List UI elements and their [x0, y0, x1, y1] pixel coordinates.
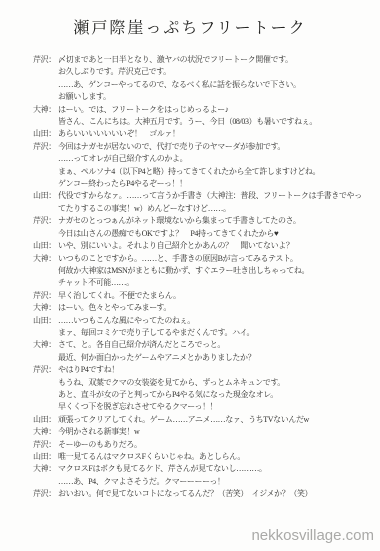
dialogue-line: 今明かされる新事実！w: [58, 426, 372, 438]
utterance-lines: 今回はナガセが居ないので、代打で売り子のヤマーダが参加です。……ってオレが自己紹…: [58, 141, 372, 191]
speaker-name: 芹沢：: [33, 54, 56, 66]
dialogue-line: 頑張ってクリアしてくれ。ゲーム……アニメ……なァ、うちTVないんだw: [58, 414, 372, 426]
utterance-lines: 頑張ってクリアしてくれ。ゲーム……アニメ……なァ、うちTVないんだw: [58, 414, 372, 426]
dialogue-entry: 山田：あらいいいいいいいぞ！ ゴルァ！: [33, 128, 372, 140]
dialogue-entry: 大神：いつものことですから。……と、手書きの原因Bが言ってみるテスト。何故か大神…: [33, 253, 372, 290]
dialogue-entry: 芹沢：ナガセのとっつぁんがネット環境ないから集まって手書きしてたのさ。今日は山さ…: [33, 215, 372, 240]
speaker-name: 芹沢：: [33, 364, 56, 376]
utterance-lines: 〆切まであと一日半となり、激ヤバの状況でフリートーク開催です。お久しぶりです。芹…: [58, 54, 372, 104]
dialogue-line: 皆さん、こんにちは。大神五月です。うー、今日（08/03）も暑いですねぇ。: [58, 116, 372, 128]
speaker-name: 大神：: [33, 339, 56, 351]
dialogue-line: 唯一見てるんはマクロスFくらいじゃね。あとしらん。: [58, 451, 372, 463]
dialogue-line: さて、と。各自自己紹介が済んだところでっと。: [58, 339, 372, 351]
utterance-lines: さて、と。各自自己紹介が済んだところでっと。最近、何か面白かったゲームやアニメと…: [58, 339, 372, 364]
dialogue-entry: 芹沢：今回はナガセが居ないので、代打で売り子のヤマーダが参加です。……ってオレが…: [33, 141, 372, 191]
utterance-lines: いや、別にいいよ。それより自己紹介とかあんの？ 聞いてないよ？: [58, 240, 372, 252]
dialogue-entry: 大神：はーい。色々とやってみまーす。: [33, 302, 372, 314]
dialogue-line: はーい。色々とやってみまーす。: [58, 302, 372, 314]
dialogue-line: まぁ、ペルソナ4（以下P4と略）持ってきてくれたから全て許しますけどね。: [58, 166, 372, 178]
dialogue-entry: 山田：代役ですからなァ。……って言うか手書き（大神注：普段、フリートークは手書き…: [33, 190, 372, 215]
speaker-name: 山田：: [33, 315, 56, 327]
utterance-lines: あらいいいいいいいぞ！ ゴルァ！: [58, 128, 372, 140]
page-title: 瀬戸際崖っぷちフリートーク: [0, 0, 380, 38]
dialogue-entry: 大神：さて、と。各自自己紹介が済んだところでっと。最近、何か面白かったゲームやア…: [33, 339, 372, 364]
speaker-name: 大神：: [33, 426, 56, 438]
speaker-name: 芹沢：: [33, 488, 56, 500]
speaker-name: 山田：: [33, 128, 56, 140]
dialogue-line: ……あ、P4、クマよさそうだ。クマーーーーっ！: [58, 476, 372, 488]
dialogue-entry: 山田：いや、別にいいよ。それより自己紹介とかあんの？ 聞いてないよ？: [33, 240, 372, 252]
utterance-lines: マクロスFはボクも見てるケド、芹さんが見てないし………。……あ、P4、クマよさそ…: [58, 463, 372, 488]
utterance-lines: そーゆーのもありだろ。: [58, 439, 372, 451]
dialogue-line: やはりP4ですね！: [58, 364, 372, 376]
dialogue-entry: 芹沢：そーゆーのもありだろ。: [33, 439, 372, 451]
dialogue-line: 何故か大神家はMSNがまともに動かず、すぐエラー吐き出しちゃってね。: [58, 265, 372, 277]
dialogue-entry: 大神：今明かされる新事実！w: [33, 426, 372, 438]
speaker-name: 大神：: [33, 253, 56, 265]
speaker-name: 大神：: [33, 463, 56, 475]
dialogue-entry: 山田：唯一見てるんはマクロスFくらいじゃね。あとしらん。: [33, 451, 372, 463]
utterance-lines: ナガセのとっつぁんがネット環境ないから集まって手書きしてたのさ。今日は山さんの愚…: [58, 215, 372, 240]
dialogue-line: 今回はナガセが居ないので、代打で売り子のヤマーダが参加です。: [58, 141, 372, 153]
dialogue-line: ……ってオレが自己紹介すんのかよ。: [58, 153, 372, 165]
utterance-lines: はーい。では、フリートークをはっじめっるよー♪皆さん、こんにちは。大神五月です。…: [58, 104, 372, 129]
dialogue-line: ゲンコー終わったらP4やるぞーっ！！: [58, 178, 372, 190]
dialogue-line: はーい。では、フリートークをはっじめっるよー♪: [58, 104, 372, 116]
dialogue-line: てたりするこの事実！w）めんどーなすけど……。: [58, 203, 372, 215]
speaker-name: 大神：: [33, 302, 56, 314]
dialogue-line: もうね、双葉でクマの女装姿を見てから、ずっとムネキュンです。: [58, 377, 372, 389]
dialogue-line: おいおい。何で見てないコトになってるんだ？（苦笑） イジメか？（笑）: [58, 488, 372, 500]
dialogue-entry: 大神：マクロスFはボクも見てるケド、芹さんが見てないし………。……あ、P4、クマ…: [33, 463, 372, 488]
dialogue-line: ……あ、ゲンコーやってるので、なるべく私に話を振らないで下さい。: [58, 79, 372, 91]
watermark-text: nekkosvillage.com: [251, 527, 374, 544]
dialogue-entry: 大神：はーい。では、フリートークをはっじめっるよー♪皆さん、こんにちは。大神五月…: [33, 104, 372, 129]
utterance-lines: 代役ですからなァ。……って言うか手書き（大神注：普段、フリートークは手書きでやっ…: [58, 190, 372, 215]
utterance-lines: はーい。色々とやってみまーす。: [58, 302, 372, 314]
utterance-lines: おいおい。何で見てないコトになってるんだ？（苦笑） イジメか？（笑）: [58, 488, 372, 500]
dialogue-line: 早く治してくれ。不便でたまらん。: [58, 290, 372, 302]
dialogue-line: ……いつもこんな風にやってたのねぇ。: [58, 315, 372, 327]
dialogue-line: あらいいいいいいいぞ！ ゴルァ！: [58, 128, 372, 140]
dialogue-line: お久しぶりです。芹沢克己です。: [58, 66, 372, 78]
speaker-name: 芹沢：: [33, 141, 56, 153]
dialogue-line: まァ、毎回コミケで売り子してるやまだくんです。ハイ。: [58, 327, 372, 339]
dialogue-entry: 芹沢：おいおい。何で見てないコトになってるんだ？（苦笑） イジメか？（笑）: [33, 488, 372, 500]
speaker-name: 山田：: [33, 190, 56, 202]
dialogue-line: チャット不可能……。: [58, 277, 372, 289]
dialogue-entry: 山田：頑張ってクリアしてくれ。ゲーム……アニメ……なァ、うちTVないんだw: [33, 414, 372, 426]
dialogue-line: 早くくつ下を脱ぎ忘れさせてやるクマーっ！！: [58, 401, 372, 413]
dialogue-entry: 芹沢：早く治してくれ。不便でたまらん。: [33, 290, 372, 302]
dialogue-line: お願いします。: [58, 91, 372, 103]
dialogue-line: ナガセのとっつぁんがネット環境ないから集まって手書きしてたのさ。: [58, 215, 372, 227]
dialogue-line: いや、別にいいよ。それより自己紹介とかあんの？ 聞いてないよ？: [58, 240, 372, 252]
dialogue-line: 今日は山さんの愚痴でもOKですよ？ P4持ってきてくれたから♥: [58, 228, 372, 240]
scanned-freetalk-page: 瀬戸際崖っぷちフリートーク 芹沢：〆切まであと一日半となり、激ヤバの状況でフリー…: [0, 0, 380, 551]
speaker-name: 山田：: [33, 240, 56, 252]
speaker-name: 山田：: [33, 451, 56, 463]
dialogue-transcript: 芹沢：〆切まであと一日半となり、激ヤバの状況でフリートーク開催です。お久しぶりで…: [0, 54, 380, 501]
speaker-name: 山田：: [33, 414, 56, 426]
utterance-lines: いつものことですから。……と、手書きの原因Bが言ってみるテスト。何故か大神家はM…: [58, 253, 372, 290]
dialogue-line: あと、直斗が女の子と判ってからP4やる気になった現金なオレ。: [58, 389, 372, 401]
speaker-name: 大神：: [33, 104, 56, 116]
speaker-name: 芹沢：: [33, 290, 56, 302]
utterance-lines: ……いつもこんな風にやってたのねぇ。まァ、毎回コミケで売り子してるやまだくんです…: [58, 315, 372, 340]
dialogue-line: 最近、何か面白かったゲームやアニメとかありましたか？: [58, 352, 372, 364]
utterance-lines: やはりP4ですね！もうね、双葉でクマの女装姿を見てから、ずっとムネキュンです。あ…: [58, 364, 372, 414]
utterance-lines: 早く治してくれ。不便でたまらん。: [58, 290, 372, 302]
utterance-lines: 唯一見てるんはマクロスFくらいじゃね。あとしらん。: [58, 451, 372, 463]
speaker-name: 芹沢：: [33, 215, 56, 227]
dialogue-entry: 山田：……いつもこんな風にやってたのねぇ。まァ、毎回コミケで売り子してるやまだく…: [33, 315, 372, 340]
dialogue-line: いつものことですから。……と、手書きの原因Bが言ってみるテスト。: [58, 253, 372, 265]
dialogue-line: 〆切まであと一日半となり、激ヤバの状況でフリートーク開催です。: [58, 54, 372, 66]
speaker-name: 芹沢：: [33, 439, 56, 451]
dialogue-line: マクロスFはボクも見てるケド、芹さんが見てないし………。: [58, 463, 372, 475]
dialogue-entry: 芹沢：〆切まであと一日半となり、激ヤバの状況でフリートーク開催です。お久しぶりで…: [33, 54, 372, 104]
dialogue-line: 代役ですからなァ。……って言うか手書き（大神注：普段、フリートークは手書きでやっ: [58, 190, 372, 202]
utterance-lines: 今明かされる新事実！w: [58, 426, 372, 438]
dialogue-line: そーゆーのもありだろ。: [58, 439, 372, 451]
dialogue-entry: 芹沢：やはりP4ですね！もうね、双葉でクマの女装姿を見てから、ずっとムネキュンで…: [33, 364, 372, 414]
